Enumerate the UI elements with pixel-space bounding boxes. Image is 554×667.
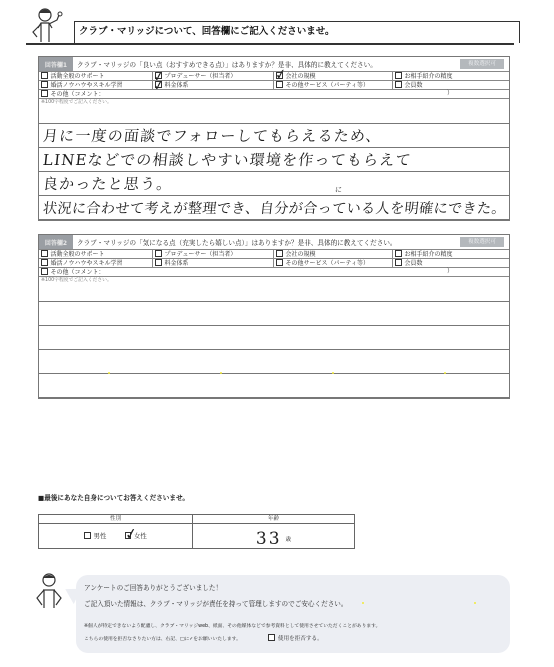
option-company-size[interactable]: 会社の規模 bbox=[274, 72, 393, 80]
other-comment-row[interactable]: その他（コメント： ） bbox=[39, 268, 509, 277]
scan-speck bbox=[220, 372, 222, 374]
checkbox[interactable] bbox=[276, 259, 283, 266]
page-title: クラブ・マリッジについて、回答欄にご記入くださいませ。 bbox=[74, 21, 520, 43]
profile-table: 性別 年齢 男性 女性 ✓ 33歳 bbox=[38, 514, 355, 549]
option-support[interactable]: 活動全般のサポート bbox=[39, 250, 153, 258]
question-number: 回答欄1 bbox=[39, 57, 73, 71]
checkbox[interactable] bbox=[41, 259, 48, 266]
mascot-illustration-bottom bbox=[34, 572, 64, 610]
scan-speck bbox=[332, 372, 334, 374]
multi-select-badge: 複数選択可 bbox=[460, 59, 504, 69]
length-note: ※100字程度でご記入ください。 bbox=[39, 99, 509, 124]
gender-option-male[interactable]: 男性 bbox=[84, 532, 106, 540]
question-header: 回答欄2 クラブ・マリッジの「気になる点（充実したら嬉しい点）」はありますか？是… bbox=[39, 235, 509, 250]
checkmark-icon: ✓ bbox=[152, 78, 166, 93]
option-match-accuracy[interactable]: お相手紹介の精度 bbox=[393, 250, 509, 258]
scan-speck bbox=[444, 372, 446, 374]
option-pricing[interactable]: 料金体系 bbox=[153, 259, 274, 267]
handwritten-answer: 良かったと思う。 bbox=[42, 173, 174, 194]
option-member-count[interactable]: 会員数 bbox=[393, 81, 509, 89]
checkbox[interactable] bbox=[41, 72, 48, 79]
options-row: 婚活ノウハウやスキル学習 料金体系 その他サービス（パーティ等） 会員数 bbox=[39, 259, 509, 268]
handwritten-answer: 状況に合わせて考えが整理でき、自分が合っている人を明確にできた。 bbox=[42, 198, 507, 218]
age-unit: 歳 bbox=[286, 537, 292, 543]
gender-header: 性別 bbox=[39, 515, 193, 523]
other-comment-row[interactable]: その他（コメント： ） bbox=[39, 90, 509, 99]
thanks-text: アンケートのご回答ありがとうございました！ bbox=[84, 582, 510, 598]
answer-line[interactable]: 状況に合わせて考えが整理でき、自分が合っている人を明確にできた。 bbox=[39, 196, 509, 220]
answer-line[interactable]: 良かったと思う。に bbox=[39, 172, 509, 196]
option-producer[interactable]: プロデューサー（担当者） bbox=[153, 72, 274, 80]
refuse-instruction: こちらの使用を拒否なさりたい方は、右記、□に✓をお願いいたします。 bbox=[84, 637, 241, 642]
option-support[interactable]: 活動全般のサポート bbox=[39, 72, 153, 80]
option-other-services[interactable]: その他サービス（パーティ等） bbox=[274, 259, 393, 267]
scan-speck bbox=[108, 372, 110, 374]
option-producer[interactable]: プロデューサー（担当者） bbox=[153, 250, 274, 258]
checkbox[interactable] bbox=[268, 634, 275, 641]
option-member-count[interactable]: 会員数 bbox=[393, 259, 509, 267]
option-other-services[interactable]: その他サービス（パーティ等） bbox=[274, 81, 393, 89]
handwritten-answer: LINEなどでの相談しやすい環境を作ってもらえて bbox=[42, 149, 413, 170]
answer-line[interactable] bbox=[39, 350, 509, 374]
person-waving-icon bbox=[28, 4, 70, 44]
age-field[interactable]: 33歳 bbox=[193, 524, 354, 548]
checkbox[interactable] bbox=[395, 81, 402, 88]
answer-line[interactable]: LINEなどでの相談しやすい環境を作ってもらえて bbox=[39, 148, 509, 172]
age-value: 33 bbox=[256, 529, 282, 549]
checkbox[interactable] bbox=[41, 250, 48, 257]
checkbox[interactable] bbox=[395, 72, 402, 79]
option-know-how[interactable]: 婚活ノウハウやスキル学習 bbox=[39, 259, 153, 267]
checkmark-icon: ✓ bbox=[274, 67, 288, 82]
option-match-accuracy[interactable]: お相手紹介の精度 bbox=[393, 72, 509, 80]
gender-options: 男性 女性 ✓ bbox=[39, 524, 193, 548]
question-number: 回答欄2 bbox=[39, 235, 73, 249]
answer-line[interactable] bbox=[39, 326, 509, 350]
checkbox[interactable] bbox=[41, 81, 48, 88]
question-section-2: 回答欄2 クラブ・マリッジの「気になる点（充実したら嬉しい点）」はありますか？是… bbox=[38, 234, 510, 399]
length-note: ※100字程度でご記入ください。 bbox=[39, 277, 509, 302]
about-section-title: ■最後にあなた自身についてお答えくださいませ。 bbox=[38, 492, 189, 502]
checkbox[interactable] bbox=[41, 268, 48, 275]
scan-speck bbox=[474, 602, 476, 604]
age-header: 年齢 bbox=[193, 515, 354, 523]
refuse-usage-option[interactable]: 使用を拒否する。 bbox=[268, 636, 322, 642]
checkmark-icon: ✓ bbox=[124, 526, 139, 543]
answer-line[interactable]: 月に一度の面談でフォローしてもらえるため、 bbox=[39, 124, 509, 148]
checkbox[interactable] bbox=[155, 259, 162, 266]
checkbox[interactable] bbox=[155, 250, 162, 257]
option-know-how[interactable]: 婚活ノウハウやスキル学習 bbox=[39, 81, 153, 89]
checkbox[interactable] bbox=[84, 532, 91, 539]
question-text: クラブ・マリッジの「気になる点（充実したら嬉しい点）」はありますか？是非、具体的… bbox=[73, 237, 460, 247]
checkbox[interactable] bbox=[395, 259, 402, 266]
options-row: 婚活ノウハウやスキル学習 料金体系 その他サービス（パーティ等） 会員数 bbox=[39, 81, 509, 90]
checkbox[interactable] bbox=[395, 250, 402, 257]
option-company-size[interactable]: 会社の規模 bbox=[274, 250, 393, 258]
mascot-illustration-top bbox=[28, 4, 70, 44]
person-hands-on-hips-icon bbox=[34, 572, 64, 610]
option-pricing[interactable]: 料金体系 bbox=[153, 81, 274, 89]
options-row: 活動全般のサポート プロデューサー（担当者） 会社の規模 お相手紹介の精度 bbox=[39, 250, 509, 259]
privacy-text: ご記入頂いた情報は、クラブ・マリッジが責任を持って管理しますのでご安心ください。 bbox=[84, 598, 510, 622]
handwritten-answer: 月に一度の面談でフォローしてもらえるため、 bbox=[42, 125, 383, 146]
question-section-1: 回答欄1 クラブ・マリッジの「良い点（おすすめできる点）」はありますか？是非、具… bbox=[38, 56, 510, 221]
closing-message-bubble: アンケートのご回答ありがとうございました！ ご記入頂いた情報は、クラブ・マリッジ… bbox=[76, 575, 510, 653]
checkbox[interactable] bbox=[276, 250, 283, 257]
usage-note: ※個人が特定できないよう配慮し、クラブ・マリッジweb、紙面、その他媒体などで参… bbox=[84, 622, 510, 634]
answer-line[interactable] bbox=[39, 302, 509, 326]
question-text: クラブ・マリッジの「良い点（おすすめできる点）」はありますか？是非、具体的に教え… bbox=[73, 59, 460, 69]
checkbox[interactable] bbox=[41, 90, 48, 97]
header-divider bbox=[26, 43, 514, 45]
answer-line[interactable] bbox=[39, 374, 509, 398]
multi-select-badge: 複数選択可 bbox=[460, 237, 504, 247]
scan-speck bbox=[362, 602, 364, 604]
handwritten-insert: に bbox=[334, 185, 342, 195]
